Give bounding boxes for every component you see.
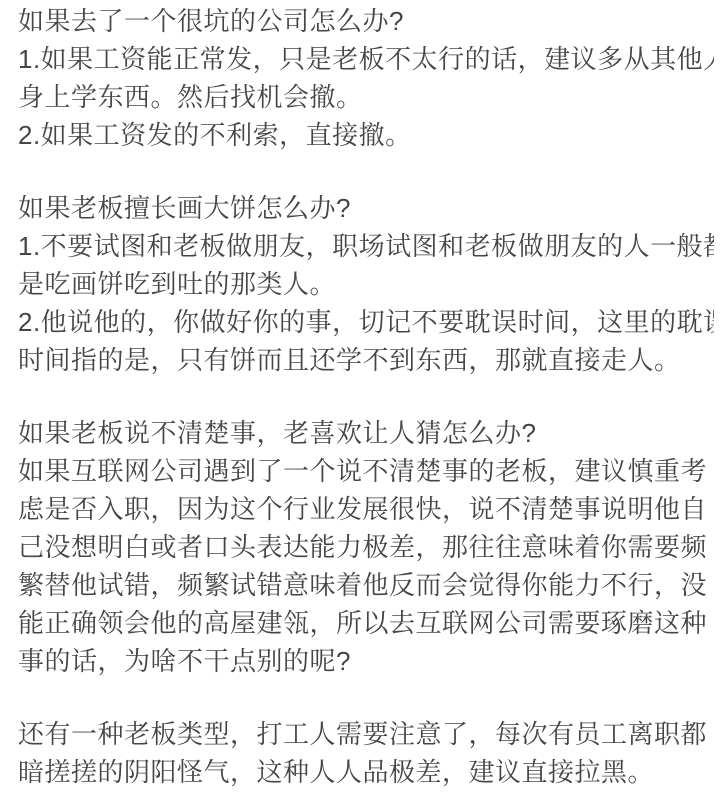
answer-line: 2.他说他的，你做好你的事，切记不要耽误时间，这里的耽误 <box>18 303 714 341</box>
qa-section-boss-empty-promises: 如果老板擅长画大饼怎么办? 1.不要试图和老板做朋友，职场试图和老板做朋友的人一… <box>18 189 714 379</box>
answer-line: 己没想明白或者口头表达能力极差，那往往意味着你需要频 <box>18 528 714 566</box>
article-page: 如果去了一个很坑的公司怎么办? 1.如果工资能正常发，只是老板不太行的话，建议多… <box>0 0 724 800</box>
qa-section-boss-unclear-communication: 如果老板说不清楚事，老喜欢让人猜怎么办? 如果互联网公司遇到了一个说不清楚事的老… <box>18 414 714 680</box>
answer-line: 暗搓搓的阴阳怪气，这种人人品极差，建议直接拉黑。 <box>18 753 714 791</box>
answer-line: 虑是否入职，因为这个行业发展很快，说不清楚事说明他自 <box>18 490 714 528</box>
answer-line: 事的话，为啥不干点别的呢? <box>18 642 714 680</box>
question-heading: 如果去了一个很坑的公司怎么办? <box>18 2 714 40</box>
answer-line: 1.如果工资能正常发，只是老板不太行的话，建议多从其他人 <box>18 40 714 78</box>
answer-line: 身上学东西。然后找机会撤。 <box>18 78 714 116</box>
answer-line: 如果互联网公司遇到了一个说不清楚事的老板，建议慎重考 <box>18 452 714 490</box>
qa-section-bad-company: 如果去了一个很坑的公司怎么办? 1.如果工资能正常发，只是老板不太行的话，建议多… <box>18 2 714 154</box>
answer-line: 时间指的是，只有饼而且还学不到东西，那就直接走人。 <box>18 341 714 379</box>
answer-line: 2.如果工资发的不利索，直接撤。 <box>18 116 714 154</box>
answer-line: 1.不要试图和老板做朋友，职场试图和老板做朋友的人一般都 <box>18 227 714 265</box>
question-heading: 如果老板说不清楚事，老喜欢让人猜怎么办? <box>18 414 714 452</box>
qa-section-passive-aggressive-boss: 还有一种老板类型，打工人需要注意了，每次有员工离职都 暗搓搓的阴阳怪气，这种人人… <box>18 715 714 791</box>
answer-line: 繁替他试错，频繁试错意味着他反而会觉得你能力不行，没 <box>18 566 714 604</box>
answer-line: 还有一种老板类型，打工人需要注意了，每次有员工离职都 <box>18 715 714 753</box>
answer-line: 是吃画饼吃到吐的那类人。 <box>18 265 714 303</box>
question-heading: 如果老板擅长画大饼怎么办? <box>18 189 714 227</box>
answer-line: 能正确领会他的高屋建瓴，所以去互联网公司需要琢磨这种 <box>18 604 714 642</box>
